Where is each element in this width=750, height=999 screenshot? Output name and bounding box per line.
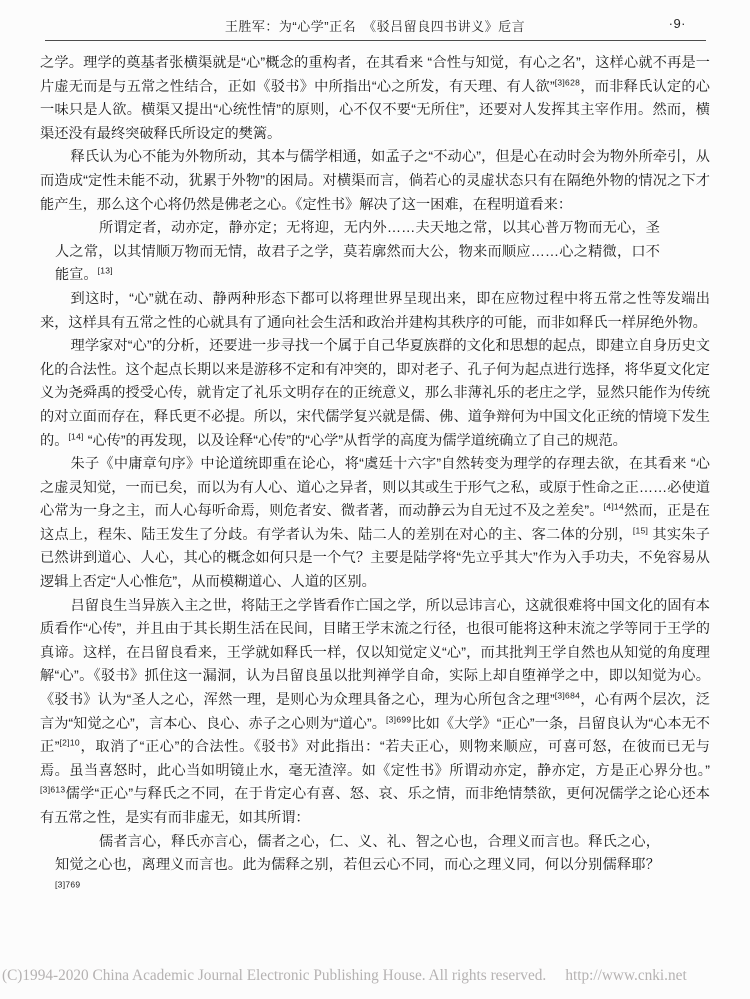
citation-superscript: [3]769	[55, 879, 80, 889]
header-rule	[45, 40, 706, 41]
citation-superscript: [2]10	[60, 737, 80, 747]
citation-superscript: [3]684	[555, 690, 580, 700]
citation-superscript: [14]	[68, 431, 83, 441]
article-body: 之学。理学的奠基者张横渠就是“心”概念的重构者，在其看来 “合性与知觉，有心之名…	[40, 52, 710, 901]
block-quote: 儒者言心，释氏亦言心，儒者之心，仁、义、礼、智之心也，合理义而言也。释氏之心，知…	[55, 831, 660, 902]
page-header: 王胜军：为“心学”正名 《驳吕留良四书讲义》卮言 ·9·	[40, 16, 710, 36]
citation-superscript: [3]613	[40, 785, 65, 795]
paragraph: 到这时，“心”就在动、静两种形态下都可以将理世界呈现出来，即在应物过程中将五常之…	[40, 288, 710, 335]
paragraph: 朱子《中庸章句序》中论道统即重在论心，将“虞廷十六字”自然转变为理学的存理去欲，…	[40, 453, 710, 595]
block-quote: 所谓定者，动亦定，静亦定；无将迎，无内外……夫天地之常，以其心普万物而无心，圣人…	[55, 217, 660, 288]
citation-superscript: [3]628	[555, 77, 580, 87]
paragraph: 释氏认为心不能为外物所动，其本与儒学相通，如孟子之“不动心”，但是心在动时会为物…	[40, 146, 710, 217]
paragraph-continued: 之学。理学的奠基者张横渠就是“心”概念的重构者，在其看来 “合性与知觉，有心之名…	[40, 52, 710, 146]
article-running-title: 王胜军：为“心学”正名 《驳吕留良四书讲义》卮言	[225, 19, 525, 34]
paragraph: 理学家对“心”的分析，还要进一步寻找一个属于自己华夏族群的文化和思想的起点，即建…	[40, 335, 710, 453]
citation-superscript: [15]	[633, 525, 648, 535]
citation-superscript: [4]14	[604, 502, 624, 512]
paragraph: 吕留良生当异族入主之世，将陆王之学皆看作亡国之学，所以忌讳言心，这就很难将中国文…	[40, 595, 710, 831]
citation-superscript: [3]699	[386, 714, 411, 724]
copyright-watermark: (C)1994-2020 China Academic Journal Elec…	[0, 963, 750, 985]
citation-superscript: [13]	[98, 266, 113, 276]
page-number: ·9·	[669, 16, 686, 31]
